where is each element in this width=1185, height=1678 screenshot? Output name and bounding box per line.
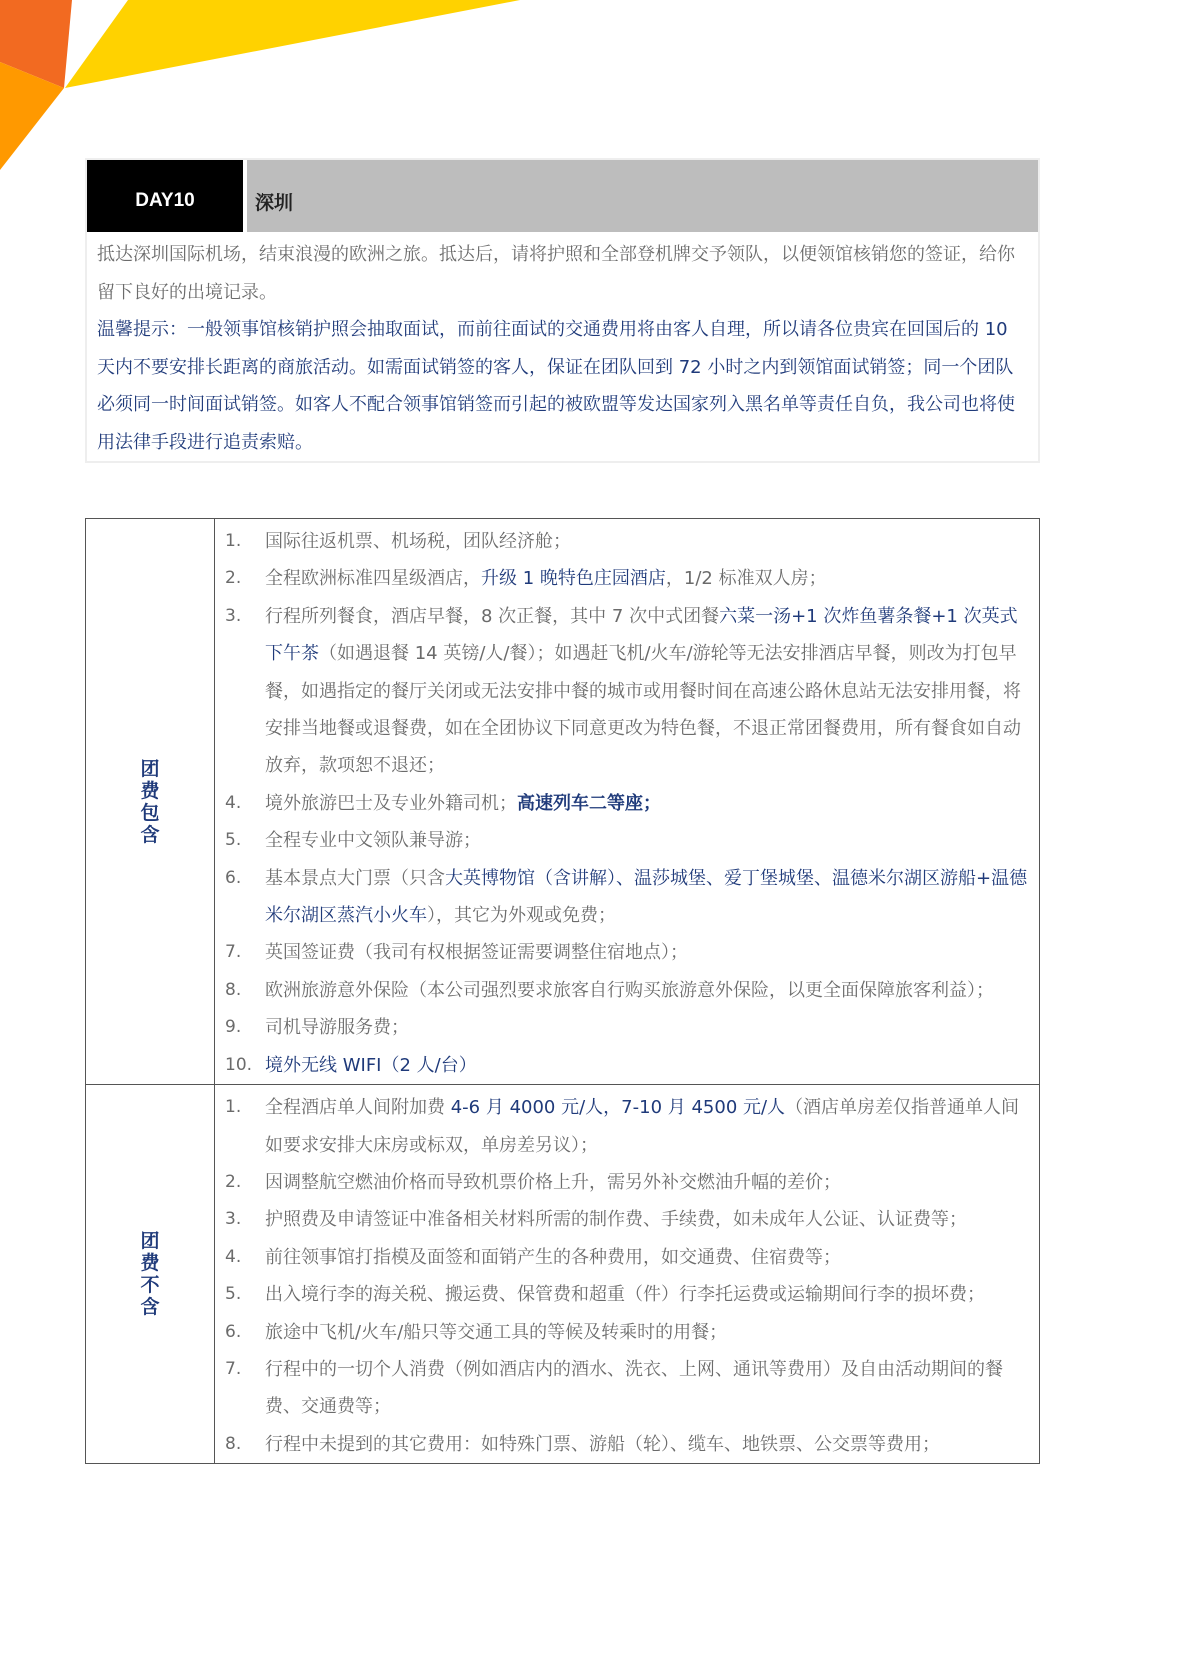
item-text-segment: ），其它为外观或免费； bbox=[427, 905, 616, 926]
item-number: 1. bbox=[225, 1089, 265, 1164]
item-text: 旅途中飞机/火车/船只等交通工具的等候及转乘时的用餐； bbox=[265, 1314, 1029, 1351]
list-item: 5.出入境行李的海关税、搬运费、保管费和超重（件）行李托运费或运输期间行李的损坏… bbox=[225, 1276, 1029, 1313]
fees-included-row: 团费包含 1.国际往返机票、机场税，团队经济舱；2.全程欧洲标准四星级酒店，升级… bbox=[86, 519, 1040, 1085]
fees-excluded-label: 团费不含 bbox=[86, 1085, 215, 1464]
item-text-segment: 前往领事馆打指模及面签和面销产生的各种费用，如交通费、住宿费等； bbox=[265, 1247, 841, 1268]
list-item: 4.境外旅游巴士及专业外籍司机；高速列车二等座； bbox=[225, 785, 1029, 822]
day-header: DAY10 深圳 bbox=[87, 160, 1038, 232]
item-number: 9. bbox=[225, 1009, 265, 1046]
item-number: 4. bbox=[225, 785, 265, 822]
item-text: 前往领事馆打指模及面签和面销产生的各种费用，如交通费、住宿费等； bbox=[265, 1239, 1029, 1276]
highlighted-text: 升级 1 晚特色庄园酒店 bbox=[481, 568, 666, 589]
item-text-segment: 因调整航空燃油价格而导致机票价格上升，需另外补交燃油升幅的差价； bbox=[265, 1172, 841, 1193]
item-text-segment: 旅途中飞机/火车/船只等交通工具的等候及转乘时的用餐； bbox=[265, 1322, 727, 1343]
highlighted-text: 高速列车二等座； bbox=[517, 793, 661, 814]
list-item: 4.前往领事馆打指模及面签和面销产生的各种费用，如交通费、住宿费等； bbox=[225, 1239, 1029, 1276]
item-number: 10. bbox=[225, 1047, 265, 1084]
item-text-segment: 国际往返机票、机场税，团队经济舱； bbox=[265, 531, 571, 552]
item-text: 英国签证费（我司有权根据签证需要调整住宿地点）； bbox=[265, 934, 1029, 971]
item-text: 基本景点大门票（只含大英博物馆（含讲解）、温莎城堡、爱丁堡城堡、温德米尔湖区游船… bbox=[265, 860, 1029, 935]
list-item: 1.全程酒店单人间附加费 4-6 月 4000 元/人，7-10 月 4500 … bbox=[225, 1089, 1029, 1164]
fees-table: 团费包含 1.国际往返机票、机场税，团队经济舱；2.全程欧洲标准四星级酒店，升级… bbox=[85, 518, 1040, 1464]
highlighted-text: 4-6 月 4000 元/人，7-10 月 4500 元/人 bbox=[451, 1097, 785, 1118]
item-text: 因调整航空燃油价格而导致机票价格上升，需另外补交燃油升幅的差价； bbox=[265, 1164, 1029, 1201]
item-text-segment: 英国签证费（我司有权根据签证需要调整住宿地点）； bbox=[265, 942, 688, 963]
item-text: 国际往返机票、机场税，团队经济舱； bbox=[265, 523, 1029, 560]
item-text-segment: 全程酒店单人间附加费 bbox=[265, 1097, 451, 1118]
arrival-paragraph: 抵达深圳国际机场，结束浪漫的欧洲之旅。抵达后，请将护照和全部登机牌交予领队，以便… bbox=[97, 236, 1028, 311]
item-text-segment: ，1/2 标准双人房； bbox=[666, 568, 827, 589]
item-text-segment: 全程欧洲标准四星级酒店， bbox=[265, 568, 481, 589]
item-number: 5. bbox=[225, 1276, 265, 1313]
item-text: 行程中的一切个人消费（例如酒店内的酒水、洗衣、上网、通讯等费用）及自由活动期间的… bbox=[265, 1351, 1029, 1426]
list-item: 8.欧洲旅游意外保险（本公司强烈要求旅客自行购买旅游意外保险，以更全面保障旅客利… bbox=[225, 972, 1029, 1009]
list-item: 5.全程专业中文领队兼导游； bbox=[225, 822, 1029, 859]
list-item: 2.因调整航空燃油价格而导致机票价格上升，需另外补交燃油升幅的差价； bbox=[225, 1164, 1029, 1201]
highlighted-text: 境外无线 WIFI（2 人/台） bbox=[265, 1055, 477, 1076]
item-text: 境外无线 WIFI（2 人/台） bbox=[265, 1047, 1029, 1084]
item-number: 3. bbox=[225, 598, 265, 785]
item-text-segment: 司机导游服务费； bbox=[265, 1017, 409, 1038]
list-item: 3.护照费及申请签证中准备相关材料所需的制作费、手续费，如未成年人公证、认证费等… bbox=[225, 1201, 1029, 1238]
day-label: DAY10 bbox=[87, 160, 243, 232]
item-number: 8. bbox=[225, 1426, 265, 1463]
item-number: 6. bbox=[225, 1314, 265, 1351]
item-text-segment: 欧洲旅游意外保险（本公司强烈要求旅客自行购买旅游意外保险，以更全面保障旅客利益）… bbox=[265, 980, 994, 1001]
fees-included-list: 1.国际往返机票、机场税，团队经济舱；2.全程欧洲标准四星级酒店，升级 1 晚特… bbox=[225, 523, 1029, 1084]
list-item: 6.基本景点大门票（只含大英博物馆（含讲解）、温莎城堡、爱丁堡城堡、温德米尔湖区… bbox=[225, 860, 1029, 935]
item-number: 3. bbox=[225, 1201, 265, 1238]
item-number: 1. bbox=[225, 523, 265, 560]
item-text: 全程欧洲标准四星级酒店，升级 1 晚特色庄园酒店，1/2 标准双人房； bbox=[265, 560, 1029, 597]
item-text: 全程酒店单人间附加费 4-6 月 4000 元/人，7-10 月 4500 元/… bbox=[265, 1089, 1029, 1164]
item-number: 6. bbox=[225, 860, 265, 935]
day-itinerary-card: DAY10 深圳 抵达深圳国际机场，结束浪漫的欧洲之旅。抵达后，请将护照和全部登… bbox=[85, 158, 1040, 463]
item-number: 4. bbox=[225, 1239, 265, 1276]
list-item: 9.司机导游服务费； bbox=[225, 1009, 1029, 1046]
item-text: 全程专业中文领队兼导游； bbox=[265, 822, 1029, 859]
item-text-segment: 境外旅游巴士及专业外籍司机； bbox=[265, 793, 517, 814]
item-text-segment: 行程中未提到的其它费用：如特殊门票、游船（轮）、缆车、地铁票、公交票等费用； bbox=[265, 1434, 940, 1455]
item-number: 7. bbox=[225, 934, 265, 971]
list-item: 6.旅途中飞机/火车/船只等交通工具的等候及转乘时的用餐； bbox=[225, 1314, 1029, 1351]
list-item: 7.行程中的一切个人消费（例如酒店内的酒水、洗衣、上网、通讯等费用）及自由活动期… bbox=[225, 1351, 1029, 1426]
list-item: 3.行程所列餐食，酒店早餐，8 次正餐，其中 7 次中式团餐六菜一汤+1 次炸鱼… bbox=[225, 598, 1029, 785]
list-item: 8.行程中未提到的其它费用：如特殊门票、游船（轮）、缆车、地铁票、公交票等费用； bbox=[225, 1426, 1029, 1463]
item-text-segment: 出入境行李的海关税、搬运费、保管费和超重（件）行李托运费或运输期间行李的损坏费； bbox=[265, 1284, 985, 1305]
fees-excluded-row: 团费不含 1.全程酒店单人间附加费 4-6 月 4000 元/人，7-10 月 … bbox=[86, 1085, 1040, 1464]
item-text-segment: 行程所列餐食，酒店早餐，8 次正餐，其中 7 次中式团餐 bbox=[265, 606, 719, 627]
fees-included-label: 团费包含 bbox=[86, 519, 215, 1085]
item-text-segment: 行程中的一切个人消费（例如酒店内的酒水、洗衣、上网、通讯等费用）及自由活动期间的… bbox=[265, 1359, 1003, 1417]
item-number: 8. bbox=[225, 972, 265, 1009]
fees-excluded-content: 1.全程酒店单人间附加费 4-6 月 4000 元/人，7-10 月 4500 … bbox=[215, 1085, 1040, 1464]
item-text: 出入境行李的海关税、搬运费、保管费和超重（件）行李托运费或运输期间行李的损坏费； bbox=[265, 1276, 1029, 1313]
decorative-corner-graphic bbox=[0, 0, 600, 180]
list-item: 2.全程欧洲标准四星级酒店，升级 1 晚特色庄园酒店，1/2 标准双人房； bbox=[225, 560, 1029, 597]
item-text: 行程所列餐食，酒店早餐，8 次正餐，其中 7 次中式团餐六菜一汤+1 次炸鱼薯条… bbox=[265, 598, 1029, 785]
item-text: 境外旅游巴士及专业外籍司机；高速列车二等座； bbox=[265, 785, 1029, 822]
list-item: 10.境外无线 WIFI（2 人/台） bbox=[225, 1047, 1029, 1084]
item-text: 欧洲旅游意外保险（本公司强烈要求旅客自行购买旅游意外保险，以更全面保障旅客利益）… bbox=[265, 972, 1029, 1009]
city-title: 深圳 bbox=[247, 160, 1038, 232]
item-text-segment: 护照费及申请签证中准备相关材料所需的制作费、手续费，如未成年人公证、认证费等； bbox=[265, 1209, 967, 1230]
item-number: 2. bbox=[225, 560, 265, 597]
item-text-segment: 全程专业中文领队兼导游； bbox=[265, 830, 481, 851]
item-number: 2. bbox=[225, 1164, 265, 1201]
item-text: 司机导游服务费； bbox=[265, 1009, 1029, 1046]
warm-tip-paragraph: 温馨提示：一般领事馆核销护照会抽取面试，而前往面试的交通费用将由客人自理，所以请… bbox=[97, 311, 1028, 461]
fees-included-content: 1.国际往返机票、机场税，团队经济舱；2.全程欧洲标准四星级酒店，升级 1 晚特… bbox=[215, 519, 1040, 1085]
item-number: 7. bbox=[225, 1351, 265, 1426]
item-text-segment: （如遇退餐 14 英镑/人/餐）；如遇赶飞机/火车/游轮等无法安排酒店早餐，则改… bbox=[265, 643, 1021, 776]
item-text: 护照费及申请签证中准备相关材料所需的制作费、手续费，如未成年人公证、认证费等； bbox=[265, 1201, 1029, 1238]
day-description: 抵达深圳国际机场，结束浪漫的欧洲之旅。抵达后，请将护照和全部登机牌交予领队，以便… bbox=[87, 232, 1038, 461]
yellow-shard bbox=[65, 0, 520, 88]
item-number: 5. bbox=[225, 822, 265, 859]
item-text: 行程中未提到的其它费用：如特殊门票、游船（轮）、缆车、地铁票、公交票等费用； bbox=[265, 1426, 1029, 1463]
item-text-segment: 基本景点大门票（只含 bbox=[265, 868, 445, 889]
list-item: 7.英国签证费（我司有权根据签证需要调整住宿地点）； bbox=[225, 934, 1029, 971]
fees-excluded-list: 1.全程酒店单人间附加费 4-6 月 4000 元/人，7-10 月 4500 … bbox=[225, 1089, 1029, 1463]
list-item: 1.国际往返机票、机场税，团队经济舱； bbox=[225, 523, 1029, 560]
